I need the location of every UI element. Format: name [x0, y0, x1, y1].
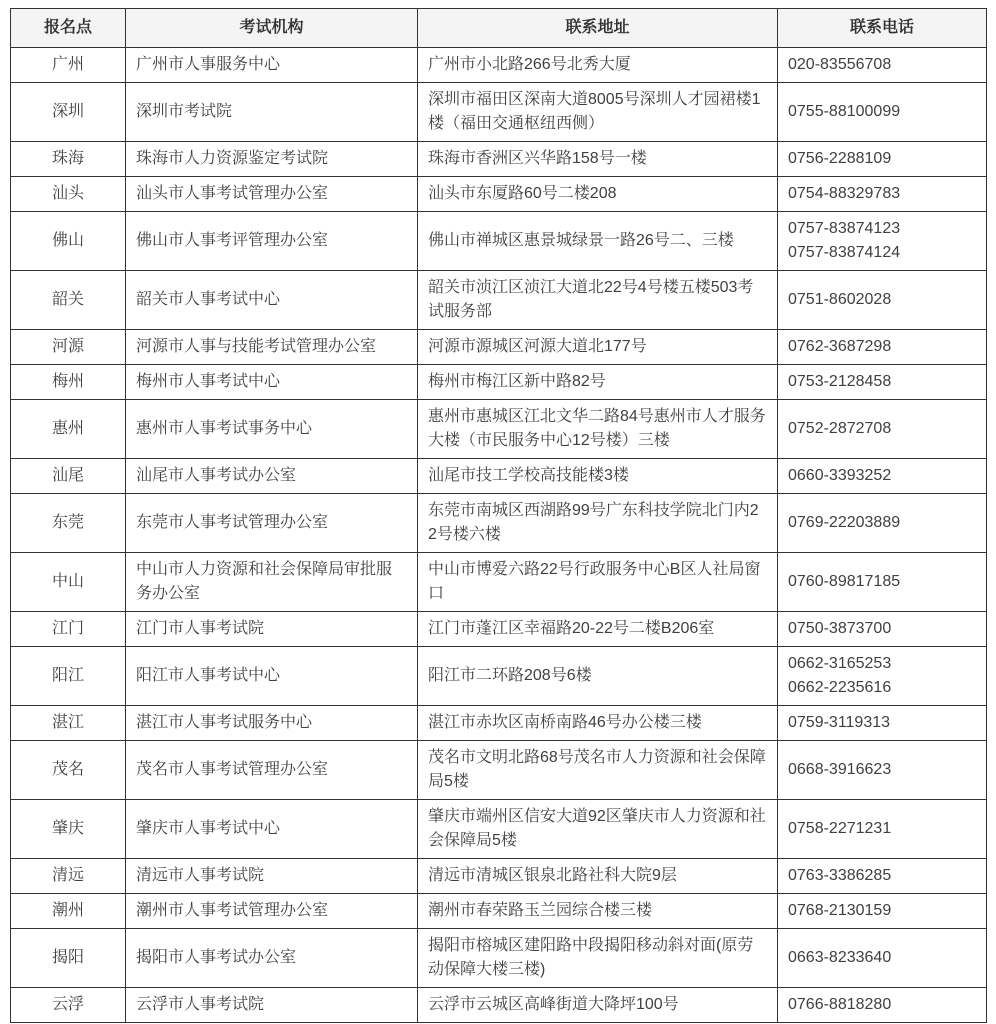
table-row: 惠州 惠州市人事考试事务中心 惠州市惠城区江北文华二路84号惠州市人才服务大楼（… — [11, 400, 987, 459]
table-row: 东莞 东莞市人事考试管理办公室 东莞市南城区西湖路99号广东科技学院北门内22号… — [11, 494, 987, 553]
cell-address: 肇庆市端州区信安大道92区肇庆市人力资源和社会保障局5楼 — [418, 800, 778, 859]
cell-phone: 0759-3119313 — [778, 706, 987, 741]
cell-address: 佛山市禅城区惠景城绿景一路26号二、三楼 — [418, 212, 778, 271]
cell-city: 中山 — [11, 553, 126, 612]
cell-city: 江门 — [11, 612, 126, 647]
table-row: 汕头 汕头市人事考试管理办公室 汕头市东厦路60号二楼208 0754-8832… — [11, 177, 987, 212]
cell-phone: 0663-8233640 — [778, 929, 987, 988]
cell-city: 肇庆 — [11, 800, 126, 859]
cell-institution: 佛山市人事考评管理办公室 — [126, 212, 418, 271]
table-row: 湛江 湛江市人事考试服务中心 湛江市赤坎区南桥南路46号办公楼三楼 0759-3… — [11, 706, 987, 741]
cell-institution: 潮州市人事考试管理办公室 — [126, 894, 418, 929]
cell-phone: 0769-22203889 — [778, 494, 987, 553]
cell-phone: 0768-2130159 — [778, 894, 987, 929]
cell-city: 汕尾 — [11, 459, 126, 494]
table-row: 清远 清远市人事考试院 清远市清城区银泉北路社科大院9层 0763-338628… — [11, 859, 987, 894]
cell-city: 佛山 — [11, 212, 126, 271]
cell-city: 惠州 — [11, 400, 126, 459]
table-row: 汕尾 汕尾市人事考试办公室 汕尾市技工学校高技能楼3楼 0660-3393252 — [11, 459, 987, 494]
table-row: 中山 中山市人力资源和社会保障局审批服务办公室 中山市博爱六路22号行政服务中心… — [11, 553, 987, 612]
table-row: 韶关 韶关市人事考试中心 韶关市浈江区浈江大道北22号4号楼五楼503考试服务部… — [11, 271, 987, 330]
cell-city: 湛江 — [11, 706, 126, 741]
cell-city: 潮州 — [11, 894, 126, 929]
cell-institution: 阳江市人事考试中心 — [126, 647, 418, 706]
cell-institution: 汕尾市人事考试办公室 — [126, 459, 418, 494]
cell-city: 韶关 — [11, 271, 126, 330]
cell-phone: 020-83556708 — [778, 48, 987, 83]
cell-address: 梅州市梅江区新中路82号 — [418, 365, 778, 400]
cell-institution: 湛江市人事考试服务中心 — [126, 706, 418, 741]
cell-phone: 0668-3916623 — [778, 741, 987, 800]
cell-phone: 0760-89817185 — [778, 553, 987, 612]
table-row: 珠海 珠海市人力资源鉴定考试院 珠海市香洲区兴华路158号一楼 0756-228… — [11, 142, 987, 177]
table-row: 深圳 深圳市考试院 深圳市福田区深南大道8005号深圳人才园裙楼1楼（福田交通枢… — [11, 83, 987, 142]
cell-city: 河源 — [11, 330, 126, 365]
cell-phone: 0757-83874123 0757-83874124 — [778, 212, 987, 271]
cell-city: 广州 — [11, 48, 126, 83]
cell-address: 惠州市惠城区江北文华二路84号惠州市人才服务大楼（市民服务中心12号楼）三楼 — [418, 400, 778, 459]
cell-address: 河源市源城区河源大道北177号 — [418, 330, 778, 365]
cell-institution: 清远市人事考试院 — [126, 859, 418, 894]
table-row: 阳江 阳江市人事考试中心 阳江市二环路208号6楼 0662-3165253 0… — [11, 647, 987, 706]
cell-institution: 深圳市考试院 — [126, 83, 418, 142]
header-row: 报名点 考试机构 联系地址 联系电话 — [11, 9, 987, 48]
table-body: 广州 广州市人事服务中心 广州市小北路266号北秀大厦 020-83556708… — [11, 48, 987, 1023]
cell-institution: 茂名市人事考试管理办公室 — [126, 741, 418, 800]
cell-address: 汕头市东厦路60号二楼208 — [418, 177, 778, 212]
table-header: 报名点 考试机构 联系地址 联系电话 — [11, 9, 987, 48]
cell-institution: 韶关市人事考试中心 — [126, 271, 418, 330]
cell-phone: 0762-3687298 — [778, 330, 987, 365]
cell-city: 梅州 — [11, 365, 126, 400]
table-row: 肇庆 肇庆市人事考试中心 肇庆市端州区信安大道92区肇庆市人力资源和社会保障局5… — [11, 800, 987, 859]
cell-phone: 0751-8602028 — [778, 271, 987, 330]
page: 报名点 考试机构 联系地址 联系电话 广州 广州市人事服务中心 广州市小北路26… — [0, 0, 996, 1024]
table-row: 佛山 佛山市人事考评管理办公室 佛山市禅城区惠景城绿景一路26号二、三楼 075… — [11, 212, 987, 271]
cell-address: 珠海市香洲区兴华路158号一楼 — [418, 142, 778, 177]
cell-phone: 0662-3165253 0662-2235616 — [778, 647, 987, 706]
cell-institution: 云浮市人事考试院 — [126, 988, 418, 1023]
header-registration-point: 报名点 — [11, 9, 126, 48]
cell-institution: 梅州市人事考试中心 — [126, 365, 418, 400]
cell-phone: 0754-88329783 — [778, 177, 987, 212]
cell-address: 韶关市浈江区浈江大道北22号4号楼五楼503考试服务部 — [418, 271, 778, 330]
cell-institution: 惠州市人事考试事务中心 — [126, 400, 418, 459]
cell-institution: 珠海市人力资源鉴定考试院 — [126, 142, 418, 177]
cell-city: 清远 — [11, 859, 126, 894]
cell-city: 东莞 — [11, 494, 126, 553]
table-row: 河源 河源市人事与技能考试管理办公室 河源市源城区河源大道北177号 0762-… — [11, 330, 987, 365]
cell-phone: 0753-2128458 — [778, 365, 987, 400]
cell-city: 汕头 — [11, 177, 126, 212]
cell-address: 云浮市云城区高峰街道大降坪100号 — [418, 988, 778, 1023]
cell-city: 茂名 — [11, 741, 126, 800]
header-contact-address: 联系地址 — [418, 9, 778, 48]
table-row: 云浮 云浮市人事考试院 云浮市云城区高峰街道大降坪100号 0766-88182… — [11, 988, 987, 1023]
cell-city: 揭阳 — [11, 929, 126, 988]
cell-phone: 0756-2288109 — [778, 142, 987, 177]
cell-phone: 0755-88100099 — [778, 83, 987, 142]
cell-address: 潮州市春荣路玉兰园综合楼三楼 — [418, 894, 778, 929]
cell-institution: 汕头市人事考试管理办公室 — [126, 177, 418, 212]
cell-address: 江门市蓬江区幸福路20-22号二楼B206室 — [418, 612, 778, 647]
cell-address: 清远市清城区银泉北路社科大院9层 — [418, 859, 778, 894]
cell-phone: 0763-3386285 — [778, 859, 987, 894]
cell-address: 茂名市文明北路68号茂名市人力资源和社会保障局5楼 — [418, 741, 778, 800]
cell-address: 广州市小北路266号北秀大厦 — [418, 48, 778, 83]
table-row: 江门 江门市人事考试院 江门市蓬江区幸福路20-22号二楼B206室 0750-… — [11, 612, 987, 647]
cell-address: 阳江市二环路208号6楼 — [418, 647, 778, 706]
cell-phone: 0766-8818280 — [778, 988, 987, 1023]
cell-institution: 江门市人事考试院 — [126, 612, 418, 647]
cell-institution: 中山市人力资源和社会保障局审批服务办公室 — [126, 553, 418, 612]
header-exam-institution: 考试机构 — [126, 9, 418, 48]
table-row: 潮州 潮州市人事考试管理办公室 潮州市春荣路玉兰园综合楼三楼 0768-2130… — [11, 894, 987, 929]
cell-phone: 0752-2872708 — [778, 400, 987, 459]
cell-phone: 0758-2271231 — [778, 800, 987, 859]
cell-address: 湛江市赤坎区南桥南路46号办公楼三楼 — [418, 706, 778, 741]
cell-institution: 河源市人事与技能考试管理办公室 — [126, 330, 418, 365]
table-row: 广州 广州市人事服务中心 广州市小北路266号北秀大厦 020-83556708 — [11, 48, 987, 83]
cell-city: 阳江 — [11, 647, 126, 706]
table-row: 茂名 茂名市人事考试管理办公室 茂名市文明北路68号茂名市人力资源和社会保障局5… — [11, 741, 987, 800]
cell-address: 中山市博爱六路22号行政服务中心B区人社局窗口 — [418, 553, 778, 612]
exam-registration-contact-table: 报名点 考试机构 联系地址 联系电话 广州 广州市人事服务中心 广州市小北路26… — [10, 8, 987, 1023]
cell-city: 深圳 — [11, 83, 126, 142]
table-row: 揭阳 揭阳市人事考试办公室 揭阳市榕城区建阳路中段揭阳移动斜对面(原劳动保障大楼… — [11, 929, 987, 988]
cell-address: 揭阳市榕城区建阳路中段揭阳移动斜对面(原劳动保障大楼三楼) — [418, 929, 778, 988]
cell-institution: 揭阳市人事考试办公室 — [126, 929, 418, 988]
cell-city: 云浮 — [11, 988, 126, 1023]
cell-institution: 肇庆市人事考试中心 — [126, 800, 418, 859]
cell-address: 汕尾市技工学校高技能楼3楼 — [418, 459, 778, 494]
cell-institution: 广州市人事服务中心 — [126, 48, 418, 83]
cell-city: 珠海 — [11, 142, 126, 177]
table-row: 梅州 梅州市人事考试中心 梅州市梅江区新中路82号 0753-2128458 — [11, 365, 987, 400]
cell-phone: 0750-3873700 — [778, 612, 987, 647]
cell-address: 深圳市福田区深南大道8005号深圳人才园裙楼1楼（福田交通枢纽西侧） — [418, 83, 778, 142]
cell-phone: 0660-3393252 — [778, 459, 987, 494]
header-contact-phone: 联系电话 — [778, 9, 987, 48]
cell-institution: 东莞市人事考试管理办公室 — [126, 494, 418, 553]
cell-address: 东莞市南城区西湖路99号广东科技学院北门内22号楼六楼 — [418, 494, 778, 553]
